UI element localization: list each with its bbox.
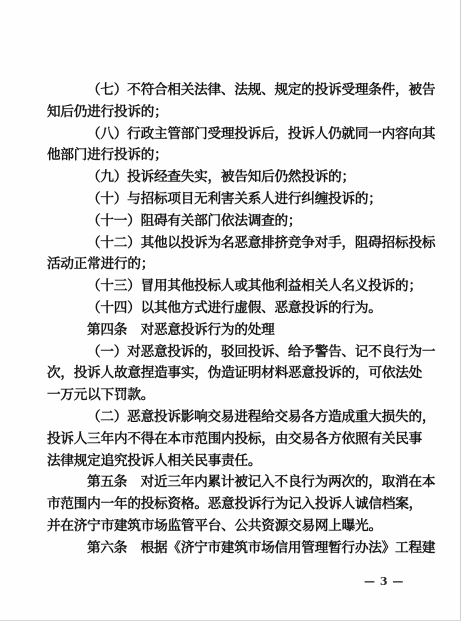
text-line: （七）不符合相关法律、法规、规定的投诉受理条件，被告 <box>47 80 433 102</box>
text-line: 并在济宁市建筑市场监管平台、公共资源交易网上曝光。 <box>47 516 433 538</box>
text-line: 知后仍进行投诉的； <box>47 102 433 124</box>
text-line: （十二）其他以投诉为名恶意排挤竞争对手，阻碍招标投标 <box>47 233 433 255</box>
text-line: 投诉人三年内不得在本市范围内投标，由交易各方依照有关民事 <box>47 429 433 451</box>
text-line: 法律规定追究投诉人相关民事责任。 <box>47 451 433 473</box>
text-line: 他部门进行投诉的； <box>47 145 433 167</box>
text-line: （一）对恶意投诉的，驳回投诉、给予警告、记不良行为一 <box>47 342 433 364</box>
text-line: （九）投诉经查失实，被告知后仍然投诉的； <box>47 167 433 189</box>
text-line: 第四条 对恶意投诉行为的处理 <box>47 320 433 342</box>
scanned-document-page: （七）不符合相关法律、法规、规定的投诉受理条件，被告知后仍进行投诉的；（八）行政… <box>0 0 461 621</box>
text-line: （八）行政主管部门受理投诉后，投诉人仍就同一内容向其 <box>47 124 433 146</box>
text-line: （十四）以其他方式进行虚假、恶意投诉的行为。 <box>47 298 433 320</box>
text-line: 次，投诉人故意捏造事实，伪造证明材料恶意投诉的，可依法处 <box>47 363 433 385</box>
text-line: 第五条 对近三年内累计被记入不良行为两次的，取消在本 <box>47 472 433 494</box>
text-line: 活动正常进行的； <box>47 254 433 276</box>
text-line: （十）与招标项目无利害关系人进行纠缠投诉的； <box>47 189 433 211</box>
page-number: — 3 — <box>364 575 404 588</box>
text-line: 一万元以下罚款。 <box>47 385 433 407</box>
text-line: 市范围内一年的投标资格。恶意投诉行为记入投诉人诚信档案， <box>47 494 433 516</box>
text-line: （十一）阻碍有关部门依法调查的； <box>47 211 433 233</box>
text-line: （二）恶意投诉影响交易进程给交易各方造成重大损失的， <box>47 407 433 429</box>
text-line: （十三）冒用其他投标人或其他利益相关人名义投诉的； <box>47 276 433 298</box>
text-line: 第六条 根据《济宁市建筑市场信用管理暂行办法》工程建 <box>47 538 433 560</box>
document-body: （七）不符合相关法律、法规、规定的投诉受理条件，被告知后仍进行投诉的；（八）行政… <box>47 80 433 560</box>
